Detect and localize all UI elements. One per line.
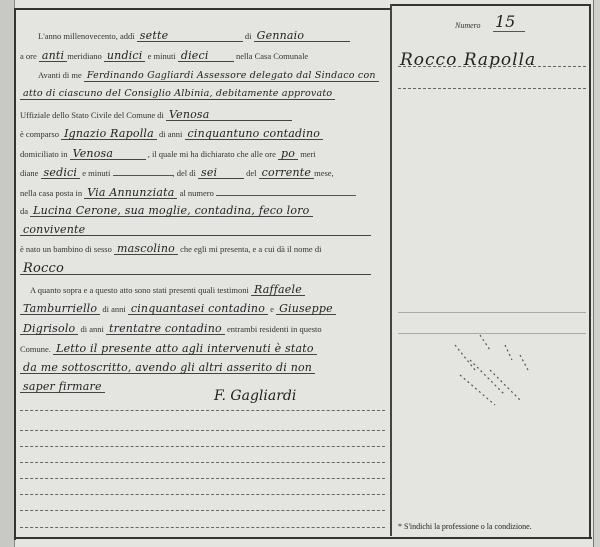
record-line-10: da Lucina Cerone, sua moglie, contadina,… bbox=[20, 205, 313, 217]
printed-text: è nato un bambino di sesso bbox=[20, 244, 112, 254]
handwritten-closing-1: Letto il presente atto agli intervenuti … bbox=[53, 343, 317, 355]
ruled-line bbox=[20, 478, 385, 479]
faded-annotation-marks bbox=[450, 330, 560, 410]
record-line-12: è nato un bambino di sesso mascolino che… bbox=[20, 243, 321, 255]
handwritten-witness1-last: Tamburriello bbox=[20, 303, 100, 315]
blank-field bbox=[113, 167, 173, 176]
handwritten-month: Gennaio bbox=[254, 30, 350, 42]
handwritten-delegation: atto di ciascuno del Consiglio Albinia, … bbox=[20, 88, 335, 100]
handwritten-current: corrente bbox=[259, 167, 314, 179]
handwritten-declarant: Ignazio Rapolla bbox=[61, 128, 157, 140]
printed-text: mese, bbox=[314, 168, 334, 178]
record-line-9: nella casa posta in Via Annunziata al nu… bbox=[20, 187, 356, 199]
ruled-line bbox=[398, 312, 586, 313]
ruled-line bbox=[20, 462, 385, 463]
record-line-18: da me sottoscritto, avendo gli altri ass… bbox=[20, 362, 315, 374]
record-line-2: a ore antimeridiano undici e minuti diec… bbox=[20, 50, 308, 62]
printed-text: L'anno millenovecento, addì bbox=[38, 31, 135, 41]
handwritten-domicile: Venosa bbox=[70, 148, 146, 160]
binding-strip bbox=[0, 0, 15, 547]
handwritten-cohabiting: convivente bbox=[20, 224, 371, 236]
handwritten-address: Via Annunziata bbox=[84, 187, 177, 199]
printed-text: di bbox=[245, 31, 252, 41]
printed-text: entrambi residenti in questo bbox=[227, 324, 322, 334]
handwritten-closing-2: da me sottoscritto, avendo gli altri ass… bbox=[20, 362, 315, 374]
bottom-rule bbox=[14, 537, 592, 539]
record-number-label: Numero bbox=[455, 21, 480, 30]
document-page: L'anno millenovecento, addì sette di Gen… bbox=[0, 0, 600, 547]
ruled-line bbox=[398, 88, 586, 89]
handwritten-officer: Ferdinando Gagliardi Assessore delegato … bbox=[84, 70, 379, 82]
printed-text: nella Casa Comunale bbox=[236, 51, 308, 61]
record-line-3: Avanti di me Ferdinando Gagliardi Assess… bbox=[38, 70, 379, 82]
record-line-4: atto di ciascuno del Consiglio Albinia, … bbox=[20, 88, 335, 100]
record-line-11: convivente bbox=[20, 224, 371, 236]
handwritten-witness1-first: Raffaele bbox=[251, 284, 305, 296]
printed-text: è comparso bbox=[20, 129, 59, 139]
page-edge bbox=[593, 0, 600, 547]
printed-text: a ore bbox=[20, 51, 37, 61]
ruled-line bbox=[20, 410, 385, 411]
handwritten-day: sette bbox=[137, 30, 243, 42]
record-line-15: Tamburriello di anni cinquantasei contad… bbox=[20, 303, 336, 315]
ruled-line bbox=[20, 430, 385, 431]
printed-text: da bbox=[20, 206, 28, 216]
printed-text: A quanto sopra e a questo atto sono stat… bbox=[30, 285, 249, 295]
record-line-5: Uffiziale dello Stato Civile del Comune … bbox=[20, 109, 292, 121]
handwritten-ampm: anti bbox=[39, 50, 67, 62]
printed-text: domiciliato in bbox=[20, 149, 67, 159]
printed-text: che egli mi presenta, e a cui dà il nome… bbox=[180, 244, 321, 254]
ruled-line bbox=[20, 510, 385, 511]
printed-text: e bbox=[270, 304, 274, 314]
handwritten-comune: Venosa bbox=[166, 109, 292, 121]
printed-text: meridiano bbox=[67, 51, 101, 61]
record-line-8: diane sedici e minuti , del dì sei del c… bbox=[20, 167, 334, 179]
record-line-19: saper firmare bbox=[20, 381, 105, 393]
printed-text: Avanti di me bbox=[38, 70, 82, 80]
footnote: * S'indichi la professione o la condizio… bbox=[398, 522, 532, 531]
printed-text: , il quale mi ha dichiarato che alle ore bbox=[148, 149, 276, 159]
record-number: 15 bbox=[493, 12, 525, 32]
printed-text: di anni bbox=[81, 324, 104, 334]
printed-text: nella casa posta in bbox=[20, 188, 82, 198]
ruled-line bbox=[20, 446, 385, 447]
margin-child-name: Rocco Rapolla bbox=[400, 50, 536, 70]
handwritten-age-profession: cinquantuno contadino bbox=[185, 128, 324, 140]
ruled-line bbox=[20, 494, 385, 495]
printed-text: meri bbox=[300, 149, 316, 159]
printed-text: del bbox=[246, 168, 256, 178]
record-line-6: è comparso Ignazio Rapolla di anni cinqu… bbox=[20, 128, 323, 140]
record-line-1: L'anno millenovecento, addì sette di Gen… bbox=[38, 30, 350, 42]
printed-text: e minuti bbox=[82, 168, 110, 178]
handwritten-child-name: Rocco bbox=[20, 263, 371, 275]
handwritten-hour: undici bbox=[104, 50, 146, 62]
handwritten-mother: Lucina Cerone, sua moglie, contadina, fe… bbox=[30, 205, 312, 217]
printed-text: Comune. bbox=[20, 344, 51, 354]
printed-text: diane bbox=[20, 168, 38, 178]
handwritten-witness2-last: Digrisolo bbox=[20, 323, 78, 335]
handwritten-birth-hour: sedici bbox=[41, 167, 81, 179]
handwritten-witness1-age: cinquantasei contadino bbox=[128, 303, 268, 315]
handwritten-minutes: dieci bbox=[178, 50, 234, 62]
handwritten-sex: mascolino bbox=[114, 243, 178, 255]
handwritten-pm: po bbox=[278, 148, 298, 160]
printed-text: e minuti bbox=[148, 51, 176, 61]
ruled-line bbox=[20, 527, 385, 528]
record-line-14: A quanto sopra e a questo atto sono stat… bbox=[30, 284, 305, 296]
handwritten-witness2-age: trentatre contadino bbox=[106, 323, 225, 335]
ruled-line bbox=[398, 66, 586, 67]
printed-text: al numero bbox=[180, 188, 214, 198]
officer-signature: F. Gagliardi bbox=[214, 388, 296, 404]
handwritten-witness2-first: Giuseppe bbox=[276, 303, 336, 315]
printed-text: Uffiziale dello Stato Civile del Comune … bbox=[20, 110, 164, 120]
record-line-16: Digrisolo di anni trentatre contadino en… bbox=[20, 323, 322, 335]
blank-field bbox=[216, 187, 356, 196]
printed-text: , del dì bbox=[173, 168, 196, 178]
handwritten-closing-3: saper firmare bbox=[20, 381, 105, 393]
printed-text: di anni bbox=[102, 304, 125, 314]
record-line-13: Rocco bbox=[20, 263, 371, 275]
margin-column-frame bbox=[392, 4, 591, 538]
record-line-17: Comune. Letto il presente atto agli inte… bbox=[20, 343, 317, 355]
handwritten-birth-day: sei bbox=[198, 167, 244, 179]
printed-text: di anni bbox=[159, 129, 182, 139]
record-line-7: domiciliato in Venosa , il quale mi ha d… bbox=[20, 148, 316, 160]
